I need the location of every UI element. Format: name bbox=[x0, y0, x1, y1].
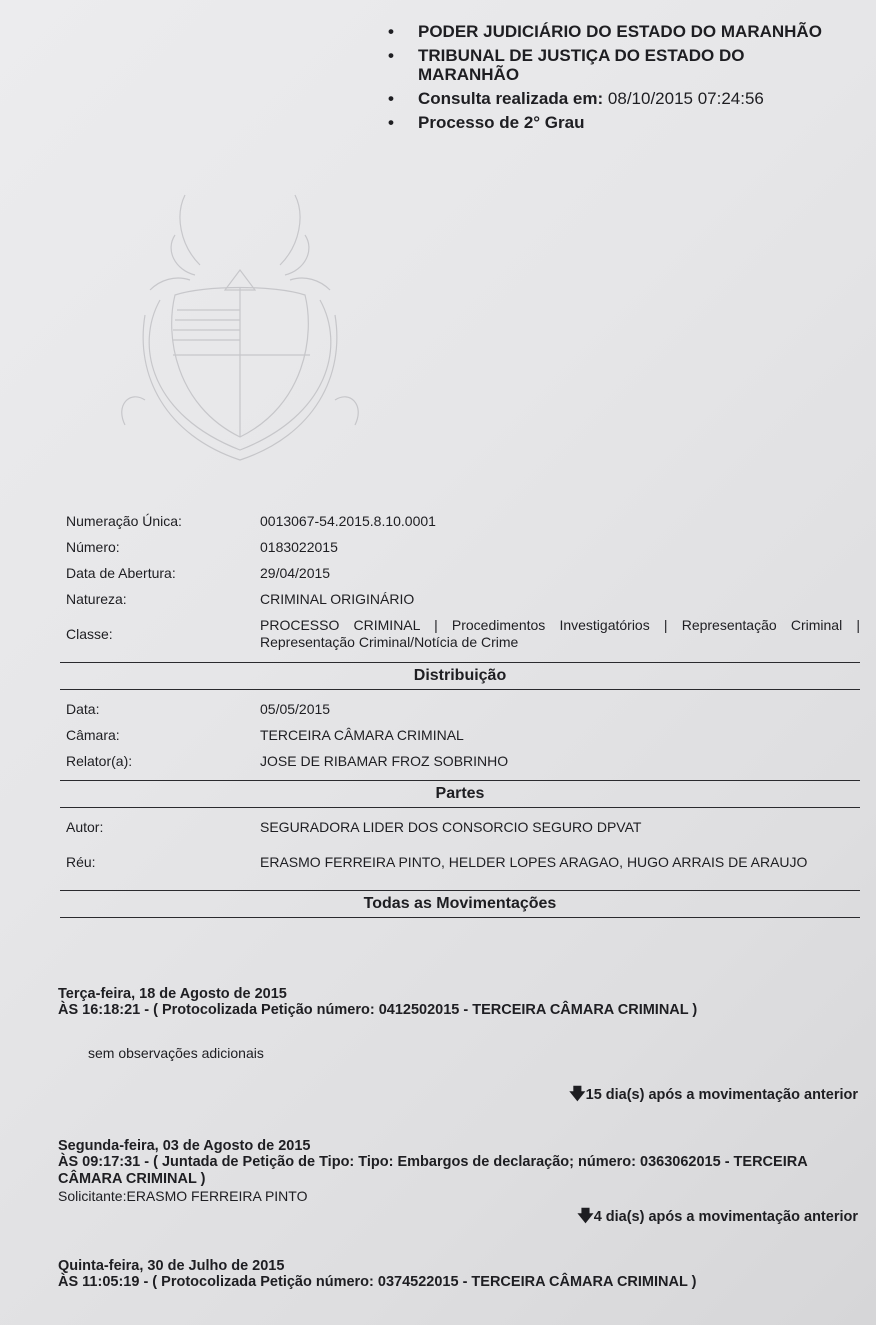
field-label: Número: bbox=[60, 539, 260, 555]
consulta-timestamp: 08/10/2015 07:24:56 bbox=[608, 89, 764, 108]
natureza-value: CRIMINAL ORIGINÁRIO bbox=[260, 591, 860, 607]
row-data: Data: 05/05/2015 bbox=[60, 696, 860, 722]
data-abertura-value: 29/04/2015 bbox=[260, 565, 860, 581]
gap-text: 4 dia(s) após a movimentação anterior bbox=[594, 1209, 858, 1225]
movimentacao-solicitante: Solicitante:ERASMO FERREIRA PINTO bbox=[58, 1188, 858, 1205]
coat-of-arms-watermark-icon bbox=[105, 175, 375, 465]
movimentacoes-list: Terça-feira, 18 de Agosto de 2015 ÀS 16:… bbox=[58, 986, 858, 1291]
movimentacao-desc: ÀS 09:17:31 - ( Juntada de Petição de Ti… bbox=[58, 1154, 858, 1188]
movimentacao-note: sem observações adicionais bbox=[58, 1045, 858, 1061]
movimentacao-item: Segunda-feira, 03 de Agosto de 2015 ÀS 0… bbox=[58, 1138, 858, 1232]
header-item-processo: Processo de 2° Grau bbox=[388, 113, 828, 132]
header-label: TRIBUNAL DE JUSTIÇA DO ESTADO DO MARANHÃ… bbox=[418, 46, 744, 84]
header-list: PODER JUDICIÁRIO DO ESTADO DO MARANHÃO T… bbox=[388, 22, 828, 137]
row-numero: Número: 0183022015 bbox=[60, 534, 860, 560]
row-relator: Relator(a): JOSE DE RIBAMAR FROZ SOBRINH… bbox=[60, 748, 860, 774]
field-label: Autor: bbox=[60, 819, 260, 835]
camara-value: TERCEIRA CÂMARA CRIMINAL bbox=[260, 727, 860, 743]
autor-value: SEGURADORA LIDER DOS CONSORCIO SEGURO DP… bbox=[260, 819, 860, 835]
header-label: Processo de 2° Grau bbox=[418, 113, 584, 132]
row-classe: Classe: PROCESSO CRIMINAL | Procedimento… bbox=[60, 612, 860, 656]
movimentacao-desc: ÀS 11:05:19 - ( Protocolizada Petição nú… bbox=[58, 1274, 858, 1291]
field-label: Câmara: bbox=[60, 727, 260, 743]
section-distribuicao: Distribuição bbox=[60, 662, 860, 690]
field-label: Classe: bbox=[60, 626, 260, 642]
header-item-consulta: Consulta realizada em: 08/10/2015 07:24:… bbox=[388, 89, 828, 108]
movimentacao-desc: ÀS 16:18:21 - ( Protocolizada Petição nú… bbox=[58, 1002, 858, 1019]
row-natureza: Natureza: CRIMINAL ORIGINÁRIO bbox=[60, 586, 860, 612]
header-item-poder: PODER JUDICIÁRIO DO ESTADO DO MARANHÃO bbox=[388, 22, 828, 41]
gap-text: 15 dia(s) após a movimentação anterior bbox=[586, 1087, 858, 1103]
movimentacao-gap: 🡇4 dia(s) após a movimentação anterior bbox=[58, 1205, 858, 1232]
numeracao-unica-value: 0013067-54.2015.8.10.0001 bbox=[260, 513, 860, 529]
field-label: Relator(a): bbox=[60, 753, 260, 769]
row-autor: Autor: SEGURADORA LIDER DOS CONSORCIO SE… bbox=[60, 814, 860, 840]
movimentacao-item: Terça-feira, 18 de Agosto de 2015 ÀS 16:… bbox=[58, 986, 858, 1110]
row-data-abertura: Data de Abertura: 29/04/2015 bbox=[60, 560, 860, 586]
movimentacao-date: Quinta-feira, 30 de Julho de 2015 bbox=[58, 1258, 858, 1274]
field-label: Réu: bbox=[60, 854, 260, 870]
process-details: Numeração Única: 0013067-54.2015.8.10.00… bbox=[60, 508, 860, 924]
movimentacao-item: Quinta-feira, 30 de Julho de 2015 ÀS 11:… bbox=[58, 1258, 858, 1291]
movimentacao-date: Terça-feira, 18 de Agosto de 2015 bbox=[58, 986, 858, 1002]
movimentacao-date: Segunda-feira, 03 de Agosto de 2015 bbox=[58, 1138, 858, 1154]
header-label: Consulta realizada em: bbox=[418, 89, 603, 108]
movimentacao-gap: 🡇15 dia(s) após a movimentação anterior bbox=[58, 1083, 858, 1110]
relator-value: JOSE DE RIBAMAR FROZ SOBRINHO bbox=[260, 753, 860, 769]
header-label: PODER JUDICIÁRIO DO ESTADO DO MARANHÃO bbox=[418, 22, 822, 41]
arrow-down-icon: 🡇 bbox=[577, 1208, 593, 1225]
header-item-tribunal: TRIBUNAL DE JUSTIÇA DO ESTADO DO MARANHÃ… bbox=[388, 46, 828, 84]
reu-value: ERASMO FERREIRA PINTO, HELDER LOPES ARAG… bbox=[260, 854, 860, 871]
field-label: Data de Abertura: bbox=[60, 565, 260, 581]
row-camara: Câmara: TERCEIRA CÂMARA CRIMINAL bbox=[60, 722, 860, 748]
distribuicao-data-value: 05/05/2015 bbox=[260, 701, 860, 717]
field-label: Numeração Única: bbox=[60, 513, 260, 529]
classe-value: PROCESSO CRIMINAL | Procedimentos Invest… bbox=[260, 617, 860, 651]
field-label: Data: bbox=[60, 701, 260, 717]
section-partes: Partes bbox=[60, 780, 860, 808]
row-numeracao-unica: Numeração Única: 0013067-54.2015.8.10.00… bbox=[60, 508, 860, 534]
arrow-down-icon: 🡇 bbox=[569, 1086, 585, 1103]
section-movimentacoes: Todas as Movimentações bbox=[60, 890, 860, 918]
numero-value: 0183022015 bbox=[260, 539, 860, 555]
field-label: Natureza: bbox=[60, 591, 260, 607]
row-reu: Réu: ERASMO FERREIRA PINTO, HELDER LOPES… bbox=[60, 840, 860, 884]
